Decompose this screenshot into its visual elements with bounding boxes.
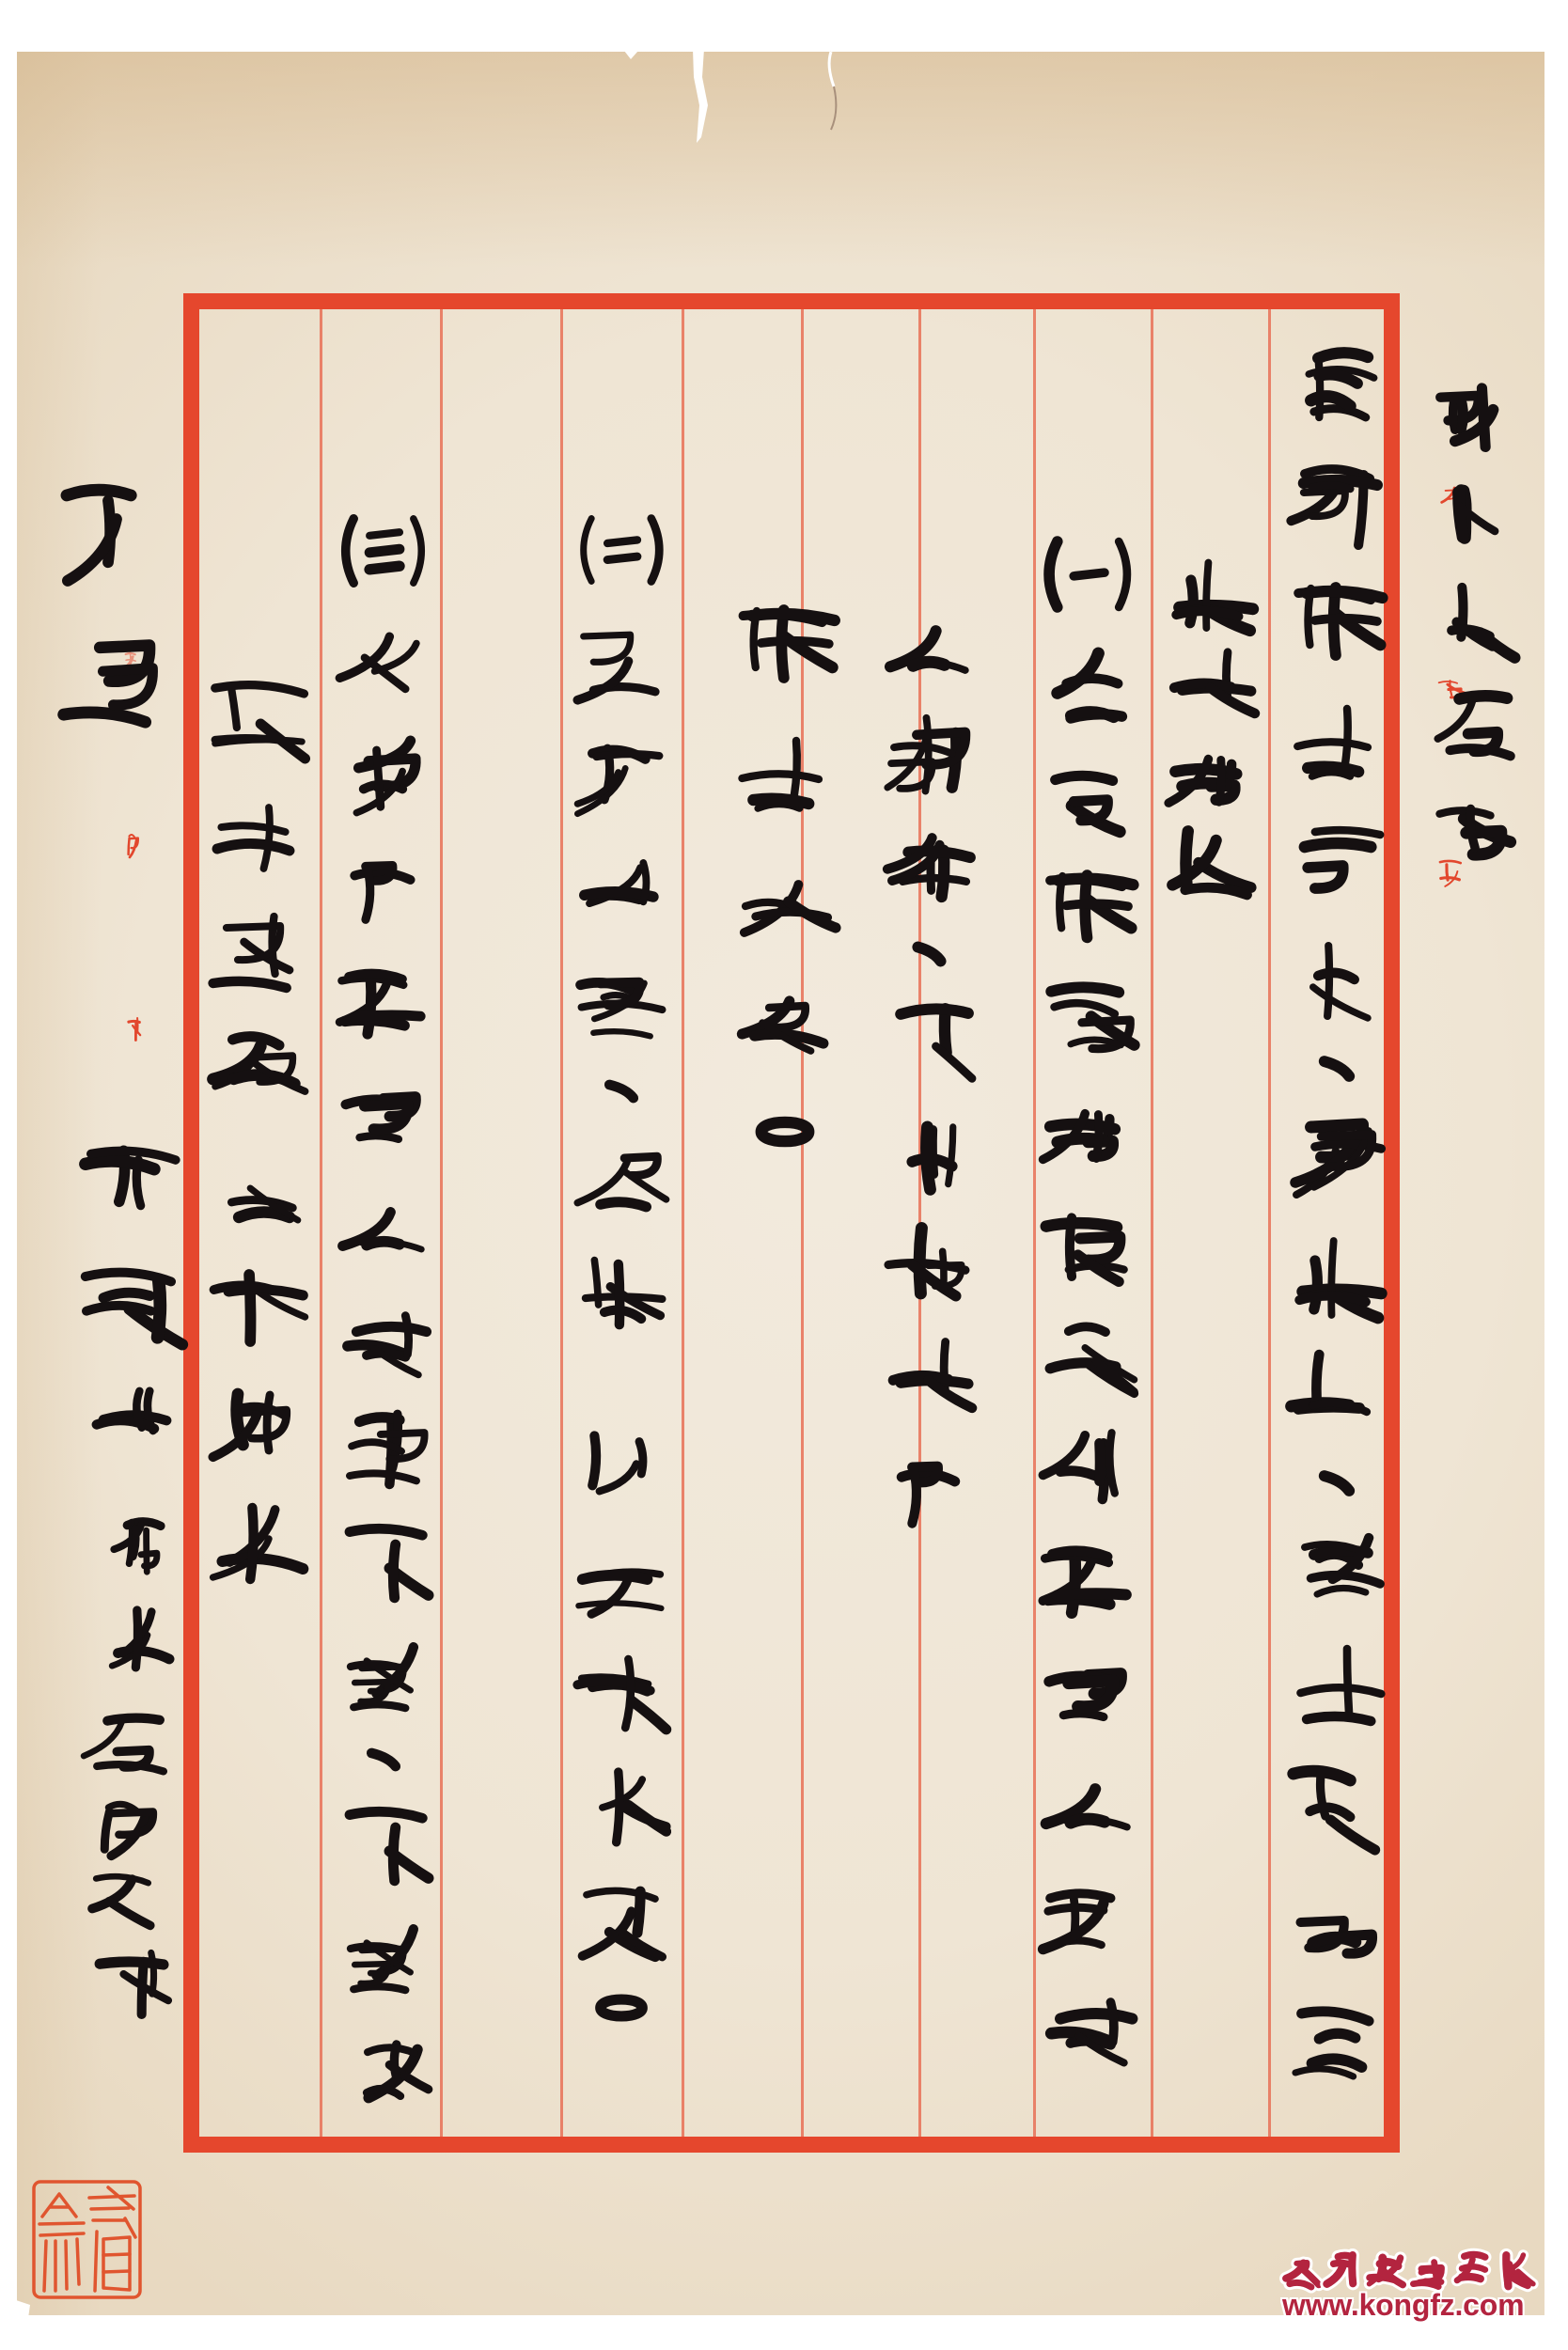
brush-glyph-icon	[1037, 1312, 1139, 1399]
glyph-strokes	[877, 600, 980, 1535]
brush-glyph-icon	[207, 1494, 310, 1588]
brush-glyph-icon	[572, 1364, 671, 1394]
brush-glyph-icon	[334, 1408, 433, 1493]
brush-glyph-icon	[1037, 1982, 1139, 2068]
rule-line	[1151, 309, 1153, 2137]
brush-glyph-icon	[572, 1076, 671, 1106]
brush-glyph-icon	[572, 1425, 671, 1508]
brush-glyph-icon	[729, 600, 841, 694]
brush-glyph-icon	[572, 849, 671, 932]
brush-glyph-icon	[75, 1251, 188, 1353]
rule-line	[560, 309, 563, 2137]
brush-glyph-icon	[108, 1599, 174, 1674]
brush-glyph-icon	[1037, 1759, 1139, 1845]
glyph-strokes	[1032, 531, 1143, 2068]
signature-name: 王雲五	[71, 1135, 193, 1469]
brush-glyph-icon	[882, 1107, 977, 1197]
brush-glyph-icon	[78, 1787, 173, 1860]
brush-glyph-icon	[572, 622, 671, 705]
rule-line	[1268, 309, 1271, 2137]
brush-glyph-icon	[75, 1368, 188, 1469]
brush-glyph-icon	[1037, 754, 1139, 840]
closing-salutation: 金安	[52, 481, 165, 735]
brush-glyph-icon	[334, 1803, 433, 1888]
glyph-strokes	[1158, 553, 1263, 909]
glyph-strokes	[71, 1135, 193, 1469]
brush-glyph-icon	[1433, 785, 1519, 868]
glyph-strokes	[52, 481, 165, 735]
glyph-strokes	[329, 509, 437, 2112]
brush-glyph-icon	[334, 509, 433, 593]
brush-glyph-icon	[572, 1993, 671, 2023]
brush-glyph-icon	[56, 627, 160, 735]
brush-glyph-icon	[1037, 531, 1139, 618]
brush-glyph-icon	[729, 728, 841, 822]
brush-glyph-icon	[1285, 1643, 1388, 1737]
brush-glyph-icon	[334, 621, 433, 706]
letter-line-2: 稟寄下之	[1158, 553, 1263, 909]
brush-glyph-icon	[1281, 2250, 1321, 2290]
brush-glyph-icon	[207, 788, 310, 882]
brush-glyph-icon	[207, 1023, 310, 1117]
brush-glyph-icon	[207, 1376, 310, 1470]
brush-glyph-icon	[334, 733, 433, 818]
brush-glyph-icon	[1285, 459, 1388, 553]
brush-glyph-icon	[1433, 580, 1519, 663]
brush-glyph-icon	[1037, 978, 1139, 1064]
rule-line	[440, 309, 443, 2137]
glyph-strokes	[122, 827, 143, 859]
brush-glyph-icon	[1325, 2250, 1364, 2290]
brush-glyph-icon	[78, 1948, 173, 2021]
brush-glyph-icon	[1037, 643, 1139, 729]
glyph-strokes	[1281, 2250, 1535, 2290]
brush-glyph-icon	[572, 509, 671, 591]
brush-glyph-icon	[1410, 2250, 1450, 2290]
brush-glyph-icon	[334, 1295, 433, 1380]
brush-glyph-icon	[882, 713, 977, 802]
printed-day-label: 日	[124, 1016, 141, 1042]
letter-line-8: 連同各次帳目覆呈	[202, 670, 315, 1588]
brush-glyph-icon	[334, 1745, 433, 1775]
brush-glyph-icon	[334, 1183, 433, 1267]
glyph-strokes	[202, 670, 315, 1588]
brush-glyph-icon	[572, 1765, 671, 1848]
brush-glyph-icon	[1037, 1647, 1139, 1733]
brush-glyph-icon	[882, 1220, 977, 1309]
brush-glyph-icon	[78, 1706, 173, 1779]
brush-glyph-icon	[334, 958, 433, 1042]
brush-glyph-icon	[334, 1071, 433, 1155]
brush-glyph-icon	[1285, 340, 1388, 434]
brush-glyph-icon	[882, 825, 977, 915]
brush-glyph-icon	[729, 986, 841, 1080]
rule-line	[682, 309, 684, 2137]
brush-glyph-icon	[572, 963, 671, 1045]
brush-glyph-icon	[1037, 1089, 1139, 1175]
brush-glyph-icon	[1037, 866, 1139, 952]
brush-glyph-icon	[1433, 477, 1519, 559]
brush-glyph-icon	[1285, 1881, 1388, 1975]
brush-glyph-icon	[334, 1520, 433, 1605]
brush-glyph-icon	[108, 1512, 174, 1588]
glyph-strokes	[1429, 374, 1523, 868]
brush-glyph-icon	[1285, 815, 1388, 909]
glyph-strokes	[1280, 340, 1393, 2093]
brush-glyph-icon	[1285, 697, 1388, 791]
brush-glyph-icon	[1285, 1110, 1388, 1204]
brush-glyph-icon	[1285, 1762, 1388, 1856]
watermark-site-name: 孔夫子旧书网	[1281, 2250, 1535, 2290]
brush-glyph-icon	[75, 1135, 188, 1236]
brush-glyph-icon	[207, 905, 310, 999]
brush-glyph-icon	[125, 1016, 141, 1042]
glyph-strokes	[73, 1706, 177, 2021]
brush-glyph-icon	[207, 1259, 310, 1353]
reference-number: 苐一四七號	[1429, 374, 1523, 868]
brush-glyph-icon	[572, 1653, 671, 1735]
seal-text: 藏齋	[31, 2179, 143, 2300]
brush-glyph-icon	[1433, 682, 1519, 765]
glyph-strokes	[124, 1016, 141, 1042]
brush-glyph-icon	[572, 1539, 671, 1621]
brush-glyph-icon	[207, 670, 310, 764]
brush-glyph-icon	[1163, 644, 1260, 727]
brush-glyph-icon	[1285, 1052, 1388, 1086]
brush-glyph-icon	[1163, 553, 1260, 635]
brush-glyph-icon	[1285, 1348, 1388, 1442]
letter-line-1: 回叔大人尊前、敬稟者、謹將右事奉	[1280, 340, 1393, 2093]
rule-line	[320, 309, 322, 2137]
brush-glyph-icon	[1433, 374, 1519, 457]
brush-glyph-icon	[882, 1446, 977, 1535]
brush-glyph-icon	[729, 857, 841, 951]
letter-date: 七月六日	[73, 1706, 177, 2021]
brush-glyph-icon	[1285, 1525, 1388, 1619]
brush-glyph-icon	[572, 1137, 671, 1220]
letter-line-4: 信乙件、即附入寄上	[877, 600, 980, 1535]
brush-glyph-icon	[1285, 1230, 1388, 1324]
brush-glyph-icon	[572, 1250, 671, 1333]
brush-glyph-icon	[882, 600, 977, 689]
brush-glyph-icon	[1163, 826, 1260, 909]
signature-suffix: 叩呈	[105, 1512, 177, 1674]
brush-glyph-icon	[729, 1115, 841, 1149]
brush-glyph-icon	[334, 1915, 433, 1999]
brush-glyph-icon	[1285, 1999, 1388, 2093]
brush-glyph-icon	[123, 827, 142, 859]
brush-glyph-icon	[1452, 2250, 1492, 2290]
brush-glyph-icon	[1163, 735, 1260, 818]
seal-stamp: 藏齋	[31, 2179, 143, 2300]
brush-glyph-icon	[1037, 1535, 1139, 1621]
letter-line-7: (三)本社上行用信單未收到、收到後	[329, 509, 437, 2112]
brush-glyph-icon	[1037, 1870, 1139, 1956]
glyph-strokes	[567, 509, 675, 2023]
brush-glyph-icon	[1037, 1200, 1139, 1287]
brush-glyph-icon	[1496, 2250, 1535, 2290]
brush-glyph-icon	[334, 1633, 433, 1717]
glyph-strokes	[724, 600, 846, 1149]
brush-glyph-icon	[334, 2028, 433, 2112]
brush-glyph-icon	[1037, 1424, 1139, 1511]
brush-glyph-icon	[1367, 2250, 1406, 2290]
brush-glyph-icon	[572, 1879, 671, 1962]
brush-glyph-icon	[78, 1867, 173, 1940]
brush-glyph-icon	[882, 995, 977, 1084]
brush-glyph-icon	[1285, 577, 1388, 671]
brush-glyph-icon	[1285, 933, 1388, 1027]
brush-glyph-icon	[334, 846, 433, 931]
brush-glyph-icon	[56, 481, 160, 589]
brush-glyph-icon	[1285, 1466, 1388, 1500]
glyph-strokes	[105, 1512, 177, 1674]
letter-line-3: (一)字衆大玉下東亞銀行用信清單	[1032, 531, 1143, 2068]
watermark-url: www.kongfz.com	[1282, 2290, 1524, 2320]
letter-line-5: 大人鑒核。	[724, 600, 846, 1149]
brush-glyph-icon	[572, 736, 671, 819]
printed-month-label: 月	[122, 827, 143, 859]
rule-line	[801, 309, 804, 2137]
brush-glyph-icon	[882, 938, 977, 970]
brush-glyph-icon	[882, 1333, 977, 1422]
letter-line-6: (二)請存在外、校持 退力如務經。	[567, 509, 675, 2023]
brush-glyph-icon	[207, 1141, 310, 1235]
